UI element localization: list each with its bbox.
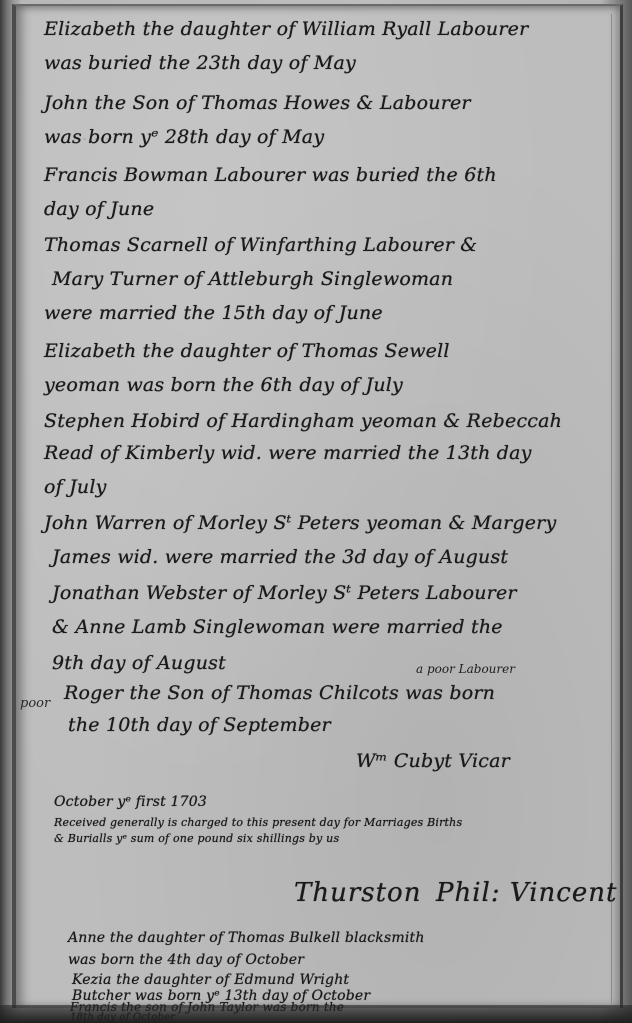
entry-line: was buried the 23th day of May [44,52,356,74]
entry-line: the 10th day of September [68,714,331,736]
entry-line: was born yᵉ 28th day of May [44,126,324,148]
entry-line: Stephen Hobird of Hardingham yeoman & Re… [44,410,562,432]
entry-line: Mary Turner of Attleburgh Singlewoman [52,268,453,290]
entry-line: James wid. were married the 3d day of Au… [52,546,508,568]
entry-line: Read of Kimberly wid. were married the 1… [44,442,532,464]
interlinear-insert: a poor Labourer [416,662,515,676]
entry-line: Elizabeth the daughter of Thomas Sewell [44,340,450,362]
vicar-signature: Wᵐ Cubyt Vicar [356,750,510,772]
signature-thurston: Thurston [294,878,421,908]
entry-line: Thomas Scarnell of Winfarthing Labourer … [44,234,477,256]
entry-line: were married the 15th day of June [44,302,383,324]
entry-line: Elizabeth the daughter of William Ryall … [44,18,528,40]
entry-line: 9th day of August [52,652,226,674]
memorandum-line: Received generally is charged to this pr… [54,816,462,829]
margin-note: poor [20,696,50,711]
register-page: ...... Elizabeth the daughter of William… [12,4,623,1008]
signature-vincent: Phil: Vincent [436,878,617,908]
entry-line: Jonathan Webster of Morley Sᵗ Peters Lab… [52,582,517,604]
memorandum-date: October yᵉ first 1703 [54,794,207,810]
entry-line: & Anne Lamb Singlewoman were married the [52,616,503,638]
entry-line: of July [44,476,107,498]
page-edge [611,14,612,1004]
entry-line: John the Son of Thomas Howes & Labourer [44,92,471,114]
entry-line: Anne the daughter of Thomas Bulkell blac… [68,930,425,946]
entry-line: Francis Bowman Labourer was buried the 6… [44,164,497,186]
memorandum-line: & Burialls yᵉ sum of one pound six shill… [54,832,339,845]
entry-line: John Warren of Morley Sᵗ Peters yeoman &… [44,512,556,534]
entry-line: yeoman was born the 6th day of July [44,374,403,396]
entry-line: day of June [44,198,154,220]
entry-line: was born the 4th day of October [68,952,304,968]
entry-line: Roger the Son of Thomas Chilcots was bor… [64,682,495,704]
scan-bottom-edge [0,1005,632,1023]
entry-line: Kezia the daughter of Edmund Wright [72,972,349,988]
